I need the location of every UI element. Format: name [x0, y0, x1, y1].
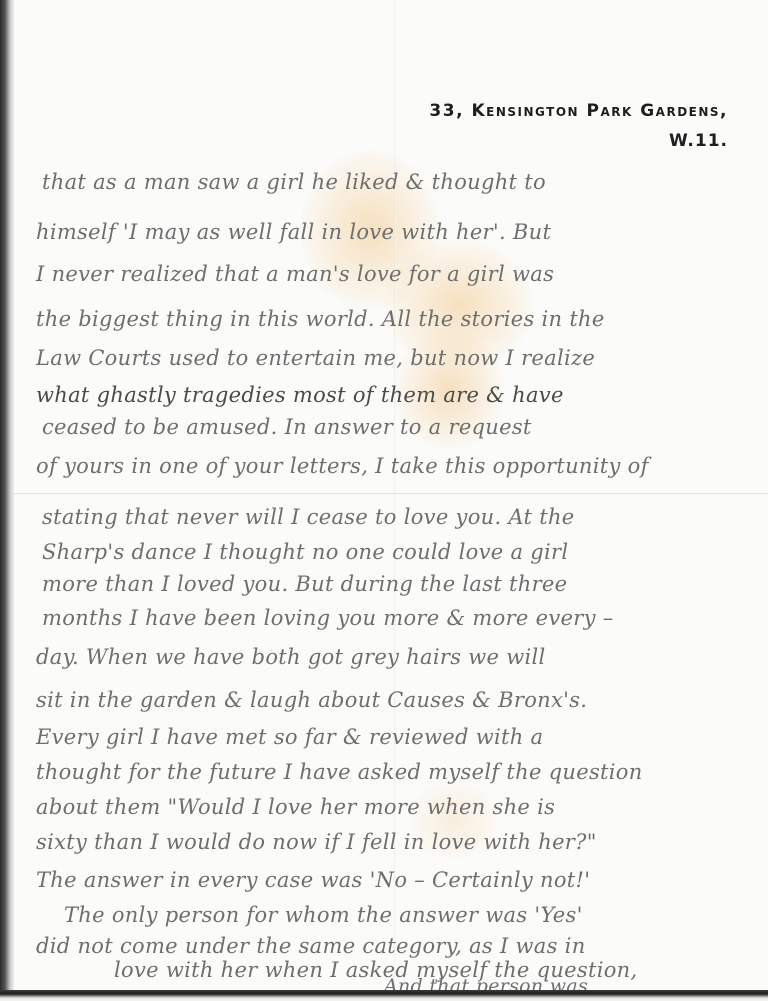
letter-line: more than I loved you. But during the la…	[42, 572, 567, 596]
letter-line: The only person for whom the answer was …	[64, 903, 583, 927]
letter-line: sit in the garden & laugh about Causes &…	[36, 688, 587, 712]
letter-line: that as a man saw a girl he liked & thou…	[42, 170, 546, 194]
letter-line: The answer in every case was 'No – Certa…	[36, 868, 590, 892]
letter-line: Law Courts used to entertain me, but now…	[36, 346, 595, 370]
letter-line: ceased to be amused. In answer to a requ…	[42, 415, 532, 439]
letter-line: about them "Would I love her more when s…	[36, 795, 555, 819]
letter-line: of yours in one of your letters, I take …	[36, 454, 649, 478]
letter-line: months I have been loving you more & mor…	[42, 606, 614, 630]
letterhead-address: 33, Kensington Park Gardens,	[429, 101, 728, 121]
letter-line: Sharp's dance I thought no one could lov…	[42, 540, 568, 564]
letterhead: 33, Kensington Park Gardens, W.11.	[429, 101, 728, 151]
letterhead-district: W.11.	[429, 131, 728, 151]
paper-fold	[14, 493, 768, 495]
letter-page: 33, Kensington Park Gardens, W.11. that …	[14, 0, 768, 990]
letter-line: thought for the future I have asked myse…	[36, 760, 643, 784]
letter-line: did not come under the same category, as…	[36, 934, 586, 958]
letter-line: I never realized that a man's love for a…	[36, 262, 554, 286]
letter-line: sixty than I would do now if I fell in l…	[36, 830, 597, 854]
letter-line: And that person was	[384, 975, 588, 990]
letter-line: Every girl I have met so far & reviewed …	[36, 725, 543, 749]
letter-line: the biggest thing in this world. All the…	[36, 307, 605, 331]
scan-left-edge	[0, 0, 14, 1001]
letter-line: himself 'I may as well fall in love with…	[36, 220, 551, 244]
letter-line: stating that never will I cease to love …	[42, 505, 575, 529]
letter-line: what ghastly tragedies most of them are …	[36, 383, 564, 407]
scan-bottom-edge	[0, 990, 768, 1001]
letter-line: day. When we have both got grey hairs we…	[36, 645, 546, 669]
